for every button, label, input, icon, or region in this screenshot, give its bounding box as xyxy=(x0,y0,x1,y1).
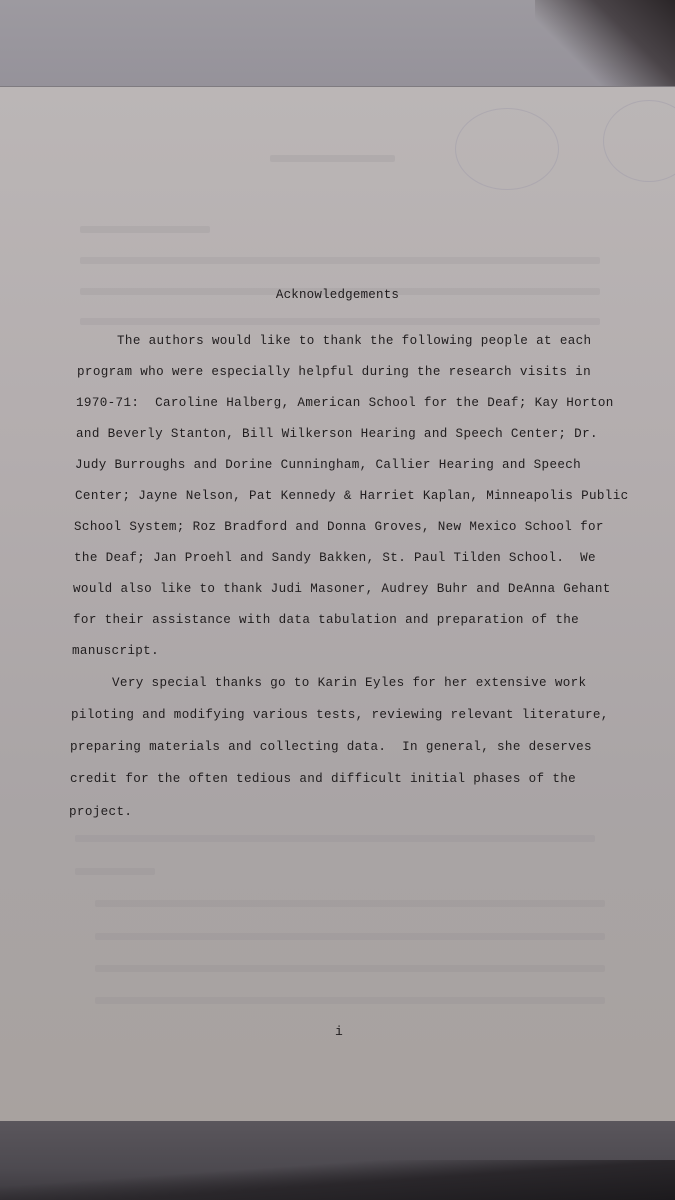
table-edge xyxy=(0,1160,675,1200)
text-line: manuscript. xyxy=(72,644,159,658)
text-line: preparing materials and collecting data.… xyxy=(70,740,592,754)
page-title: Acknowledgements xyxy=(0,288,675,302)
text-line: and Beverly Stanton, Bill Wilkerson Hear… xyxy=(76,427,598,441)
text-line: credit for the often tedious and difficu… xyxy=(70,772,576,786)
text-line: project. xyxy=(69,805,132,819)
faint-stamp-mark xyxy=(455,108,559,190)
text-line: for their assistance with data tabulatio… xyxy=(73,613,579,627)
text-line: piloting and modifying various tests, re… xyxy=(71,708,609,722)
text-line: the Deaf; Jan Proehl and Sandy Bakken, S… xyxy=(74,551,596,565)
text-line: Very special thanks go to Karin Eyles fo… xyxy=(112,676,586,690)
text-line: Center; Jayne Nelson, Pat Kennedy & Harr… xyxy=(75,489,629,503)
background-shadow-corner xyxy=(535,0,675,88)
text-line: The authors would like to thank the foll… xyxy=(117,334,591,348)
page-number: i xyxy=(335,1024,343,1039)
text-line: Judy Burroughs and Dorine Cunningham, Ca… xyxy=(75,458,581,472)
text-line: program who were especially helpful duri… xyxy=(77,365,591,379)
text-line: School System; Roz Bradford and Donna Gr… xyxy=(74,520,604,534)
text-line: 1970-71: Caroline Halberg, American Scho… xyxy=(76,396,614,410)
text-line: would also like to thank Judi Masoner, A… xyxy=(73,582,611,596)
